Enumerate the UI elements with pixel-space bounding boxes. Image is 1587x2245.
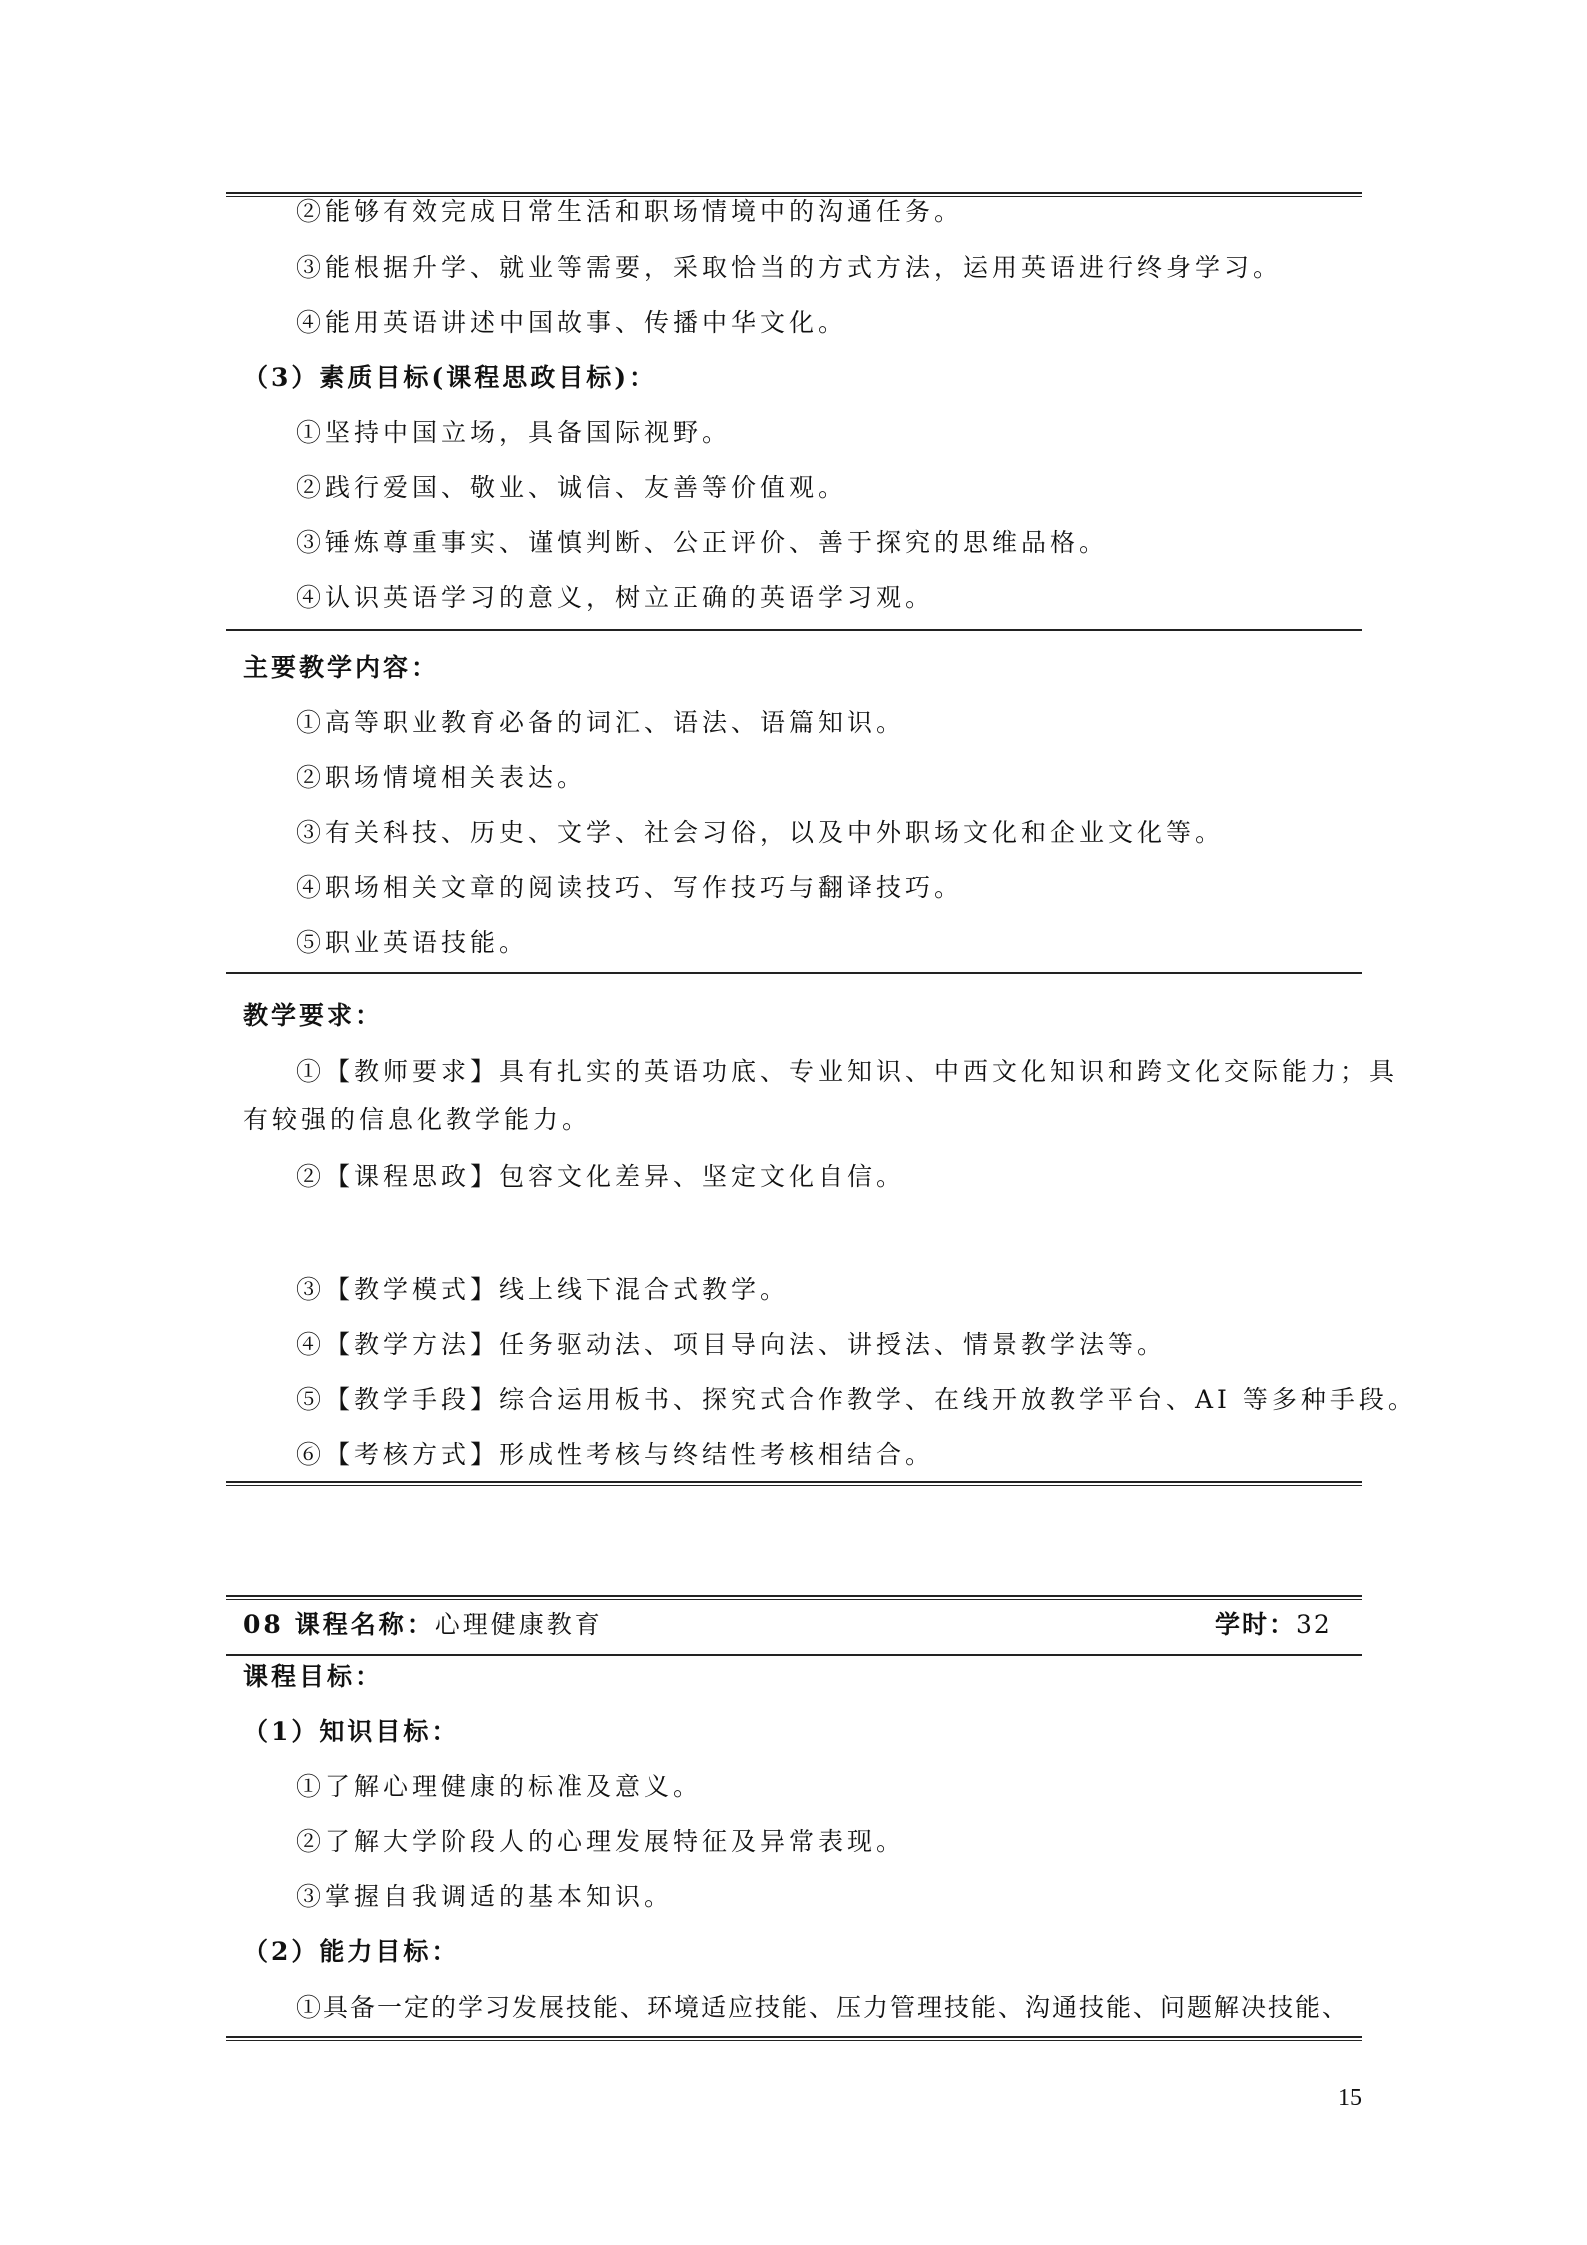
content-item-5: ⑤职业英语技能。 — [296, 928, 528, 958]
rule-course08-title — [226, 1654, 1362, 1656]
course-number: 08 — [243, 1610, 284, 1639]
knowledge-heading: （1）知识目标： — [243, 1717, 459, 1747]
content-item-3: ③有关科技、历史、文学、社会习俗，以及中外职场文化和企业文化等。 — [296, 818, 1224, 848]
content-item-2: ②职场情境相关表达。 — [296, 763, 586, 793]
knowledge-item-2: ②了解大学阶段人的心理发展特征及异常表现。 — [296, 1827, 905, 1857]
quality-heading: （3）素质目标(课程思政目标)： — [243, 363, 657, 393]
knowledge-item-1: ①了解心理健康的标准及意义。 — [296, 1772, 702, 1802]
rule-section-end — [226, 1481, 1362, 1486]
content-item-4: ④职场相关文章的阅读技巧、写作技巧与翻译技巧。 — [296, 873, 963, 903]
course-hours: 学时：32 — [1215, 1610, 1332, 1640]
course-hours-value: 32 — [1296, 1610, 1332, 1639]
requirements-heading: 教学要求： — [243, 1001, 383, 1031]
requirement-item-1: ①【教师要求】具有扎实的英语功底、专业知识、中西文化知识和跨文化交际能力；具 — [296, 1057, 1398, 1087]
course-name: 心理健康教育 — [435, 1610, 603, 1639]
requirement-item-1-cont: 有较强的信息化教学能力。 — [243, 1105, 591, 1135]
ability-heading: （2）能力目标： — [243, 1937, 459, 1967]
rule-page-bottom — [226, 2036, 1362, 2041]
rule-requirements — [226, 972, 1362, 974]
objectives-heading: 课程目标： — [243, 1662, 383, 1692]
knowledge-item-3: ③掌握自我调适的基本知识。 — [296, 1882, 673, 1912]
ability-item-2: ②能够有效完成日常生活和职场情境中的沟通任务。 — [296, 197, 963, 227]
page-number: 15 — [1338, 2085, 1362, 2112]
quality-item-3: ③锤炼尊重事实、谨慎判断、公正评价、善于探究的思维品格。 — [296, 528, 1108, 558]
course-name-label: 课程名称： — [295, 1610, 435, 1639]
quality-item-2: ②践行爱国、敬业、诚信、友善等价值观。 — [296, 473, 847, 503]
requirement-item-4: ④【教学方法】任务驱动法、项目导向法、讲授法、情景教学法等。 — [296, 1330, 1166, 1360]
requirement-item-6: ⑥【考核方式】形成性考核与终结性考核相结合。 — [296, 1440, 934, 1470]
requirement-item-5: ⑤【教学手段】综合运用板书、探究式合作教学、在线开放教学平台、AI 等多种手段。 — [296, 1385, 1417, 1415]
ability-item-4: ④能用英语讲述中国故事、传播中华文化。 — [296, 308, 847, 338]
content-item-1: ①高等职业教育必备的词汇、语法、语篇知识。 — [296, 708, 905, 738]
rule-course08-top — [226, 1595, 1362, 1600]
quality-item-4: ④认识英语学习的意义，树立正确的英语学习观。 — [296, 583, 934, 613]
quality-item-1: ①坚持中国立场，具备国际视野。 — [296, 418, 731, 448]
content-heading: 主要教学内容： — [243, 653, 439, 683]
ability-item-1: ①具备一定的学习发展技能、环境适应技能、压力管理技能、沟通技能、问题解决技能、 — [296, 1993, 1349, 2023]
course-title-row: 08 课程名称：心理健康教育 — [243, 1610, 603, 1640]
ability-item-3: ③能根据升学、就业等需要，采取恰当的方式方法，运用英语进行终身学习。 — [296, 253, 1282, 283]
requirement-item-3: ③【教学模式】线上线下混合式教学。 — [296, 1275, 789, 1305]
course-hours-label: 学时： — [1215, 1610, 1296, 1639]
rule-content — [226, 629, 1362, 631]
requirement-item-2: ②【课程思政】包容文化差异、坚定文化自信。 — [296, 1162, 905, 1192]
